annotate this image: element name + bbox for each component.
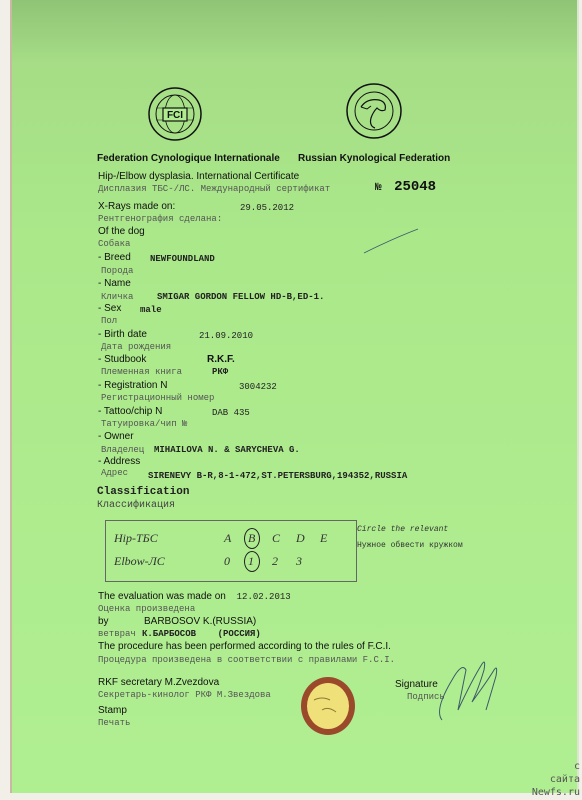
certificate-number: № 25048	[375, 177, 436, 195]
elbow-selected-circle	[244, 551, 260, 572]
certificate-number-value: 25048	[394, 179, 436, 195]
name-label-en: - Name	[98, 278, 131, 289]
elbow-grade-0: 0	[224, 554, 230, 569]
fci-logo: FCI	[147, 86, 203, 142]
fci-name: Federation Cynologique Internationale	[97, 153, 280, 164]
by-label-ru: ветврач	[98, 629, 136, 639]
evaluation-text: The evaluation was made on	[98, 591, 226, 602]
vet-name-ru: К.БАРБОСОВ (РОССИЯ)	[142, 629, 261, 639]
hip-grade-C: C	[272, 531, 280, 546]
dog-label-ru: Собака	[98, 239, 130, 249]
name-label-ru: Кличка	[101, 292, 133, 302]
watermark-line-2: сайта	[532, 773, 580, 786]
breed-label-en: - Breed	[98, 252, 131, 263]
svg-text:FCI: FCI	[167, 110, 183, 121]
evaluation-label-en: The evaluation was made on 12.02.2013	[98, 591, 291, 602]
number-sign: №	[375, 182, 382, 194]
registration-label-en: - Registration N	[98, 380, 167, 391]
studbook-label-en: - Studbook	[98, 354, 146, 365]
registration-value: 3004232	[239, 382, 277, 392]
hip-selected-circle	[244, 528, 260, 549]
sex-label-en: - Sex	[98, 303, 121, 314]
studbook-value-en: R.K.F.	[207, 354, 235, 365]
elbow-grade-3: 3	[296, 554, 302, 569]
birth-label-en: - Birth date	[98, 329, 147, 340]
sex-label-ru: Пол	[101, 316, 117, 326]
sex-value: male	[140, 305, 162, 315]
stamp-label-en: Stamp	[98, 705, 127, 716]
name-value: SMIGAR GORDON FELLOW HD-B,ED-1.	[157, 292, 324, 302]
birth-value: 21.09.2010	[199, 331, 253, 341]
classification-title-ru: Классификация	[97, 500, 175, 511]
studbook-label-ru: Племенная книга	[101, 367, 182, 377]
tattoo-value: DAB 435	[212, 408, 250, 418]
secretary-en: RKF secretary M.Zvezdova	[98, 677, 219, 688]
vet-name-en: BARBOSOV K.(RUSSIA)	[144, 616, 256, 627]
classification-title-en: Classification	[97, 486, 189, 498]
tattoo-label-ru: Татуировка/чип №	[101, 419, 187, 429]
secretary-ru: Секретарь-кинолог РКФ М.Звездова	[98, 690, 271, 700]
elbow-label: Elbow-ЛС	[114, 554, 165, 569]
hip-grade-E: E	[320, 531, 327, 546]
procedure-en: The procedure has been performed accordi…	[98, 641, 391, 652]
classification-box: Hip-ТБС ABCDE Elbow-ЛС 0123	[105, 520, 357, 582]
studbook-value-ru: РКФ	[212, 367, 228, 377]
owner-label-en: - Owner	[98, 431, 134, 442]
certificate-title-en: Hip-/Elbow dysplasia. International Cert…	[98, 171, 299, 182]
stamp-seal-icon	[300, 676, 356, 736]
watermark-line-1: с	[532, 760, 580, 773]
hip-grade-A: A	[224, 531, 231, 546]
evaluation-label-ru: Оценка произведена	[98, 604, 195, 614]
watermark-line-3: Newfs.ru	[532, 786, 580, 799]
rkf-name: Russian Kynological Federation	[298, 153, 450, 164]
rkf-logo	[345, 82, 403, 140]
by-label-en: by	[98, 616, 109, 627]
xray-date: 29.05.2012	[240, 203, 294, 213]
tattoo-label-en: - Tattoo/chip N	[98, 406, 162, 417]
xray-label-en: X-Rays made on:	[98, 201, 175, 212]
owner-label-ru: Владелец	[101, 445, 144, 455]
certificate-title-ru: Дисплазия ТБС-/ЛС. Международный сертифи…	[98, 184, 330, 194]
hip-label: Hip-ТБС	[114, 531, 158, 546]
address-value: SIRENEVY B-R,8-1-472,ST.PETERSBURG,19435…	[148, 471, 407, 481]
dog-label-en: Of the dog	[98, 226, 145, 237]
procedure-ru: Процедура произведена в соответствии с п…	[98, 655, 395, 665]
certificate-page: FCI Federation Cynologique International…	[10, 0, 579, 793]
watermark: с сайта Newfs.ru	[532, 760, 580, 799]
breed-label-ru: Порода	[101, 266, 133, 276]
registration-label-ru: Регистрационный номер	[101, 393, 214, 403]
address-label-en: - Address	[98, 456, 140, 467]
evaluation-date: 12.02.2013	[237, 592, 291, 602]
stamp-label-ru: Печать	[98, 718, 130, 728]
birth-label-ru: Дата рождения	[101, 342, 171, 352]
circle-note-ru: Нужное обвести кружком	[357, 541, 463, 550]
owner-value: MIHAILOVA N. & SARYCHEVA G.	[154, 445, 300, 455]
xray-label-ru: Рентгенография сделана:	[98, 214, 222, 224]
hip-grade-D: D	[296, 531, 305, 546]
pen-mark	[362, 225, 422, 255]
elbow-grade-2: 2	[272, 554, 278, 569]
circle-note-en: Circle the relevant	[357, 525, 448, 534]
address-label-ru: Адрес	[101, 468, 128, 478]
signature-scribble	[432, 650, 512, 730]
breed-value: NEWFOUNDLAND	[150, 254, 215, 264]
